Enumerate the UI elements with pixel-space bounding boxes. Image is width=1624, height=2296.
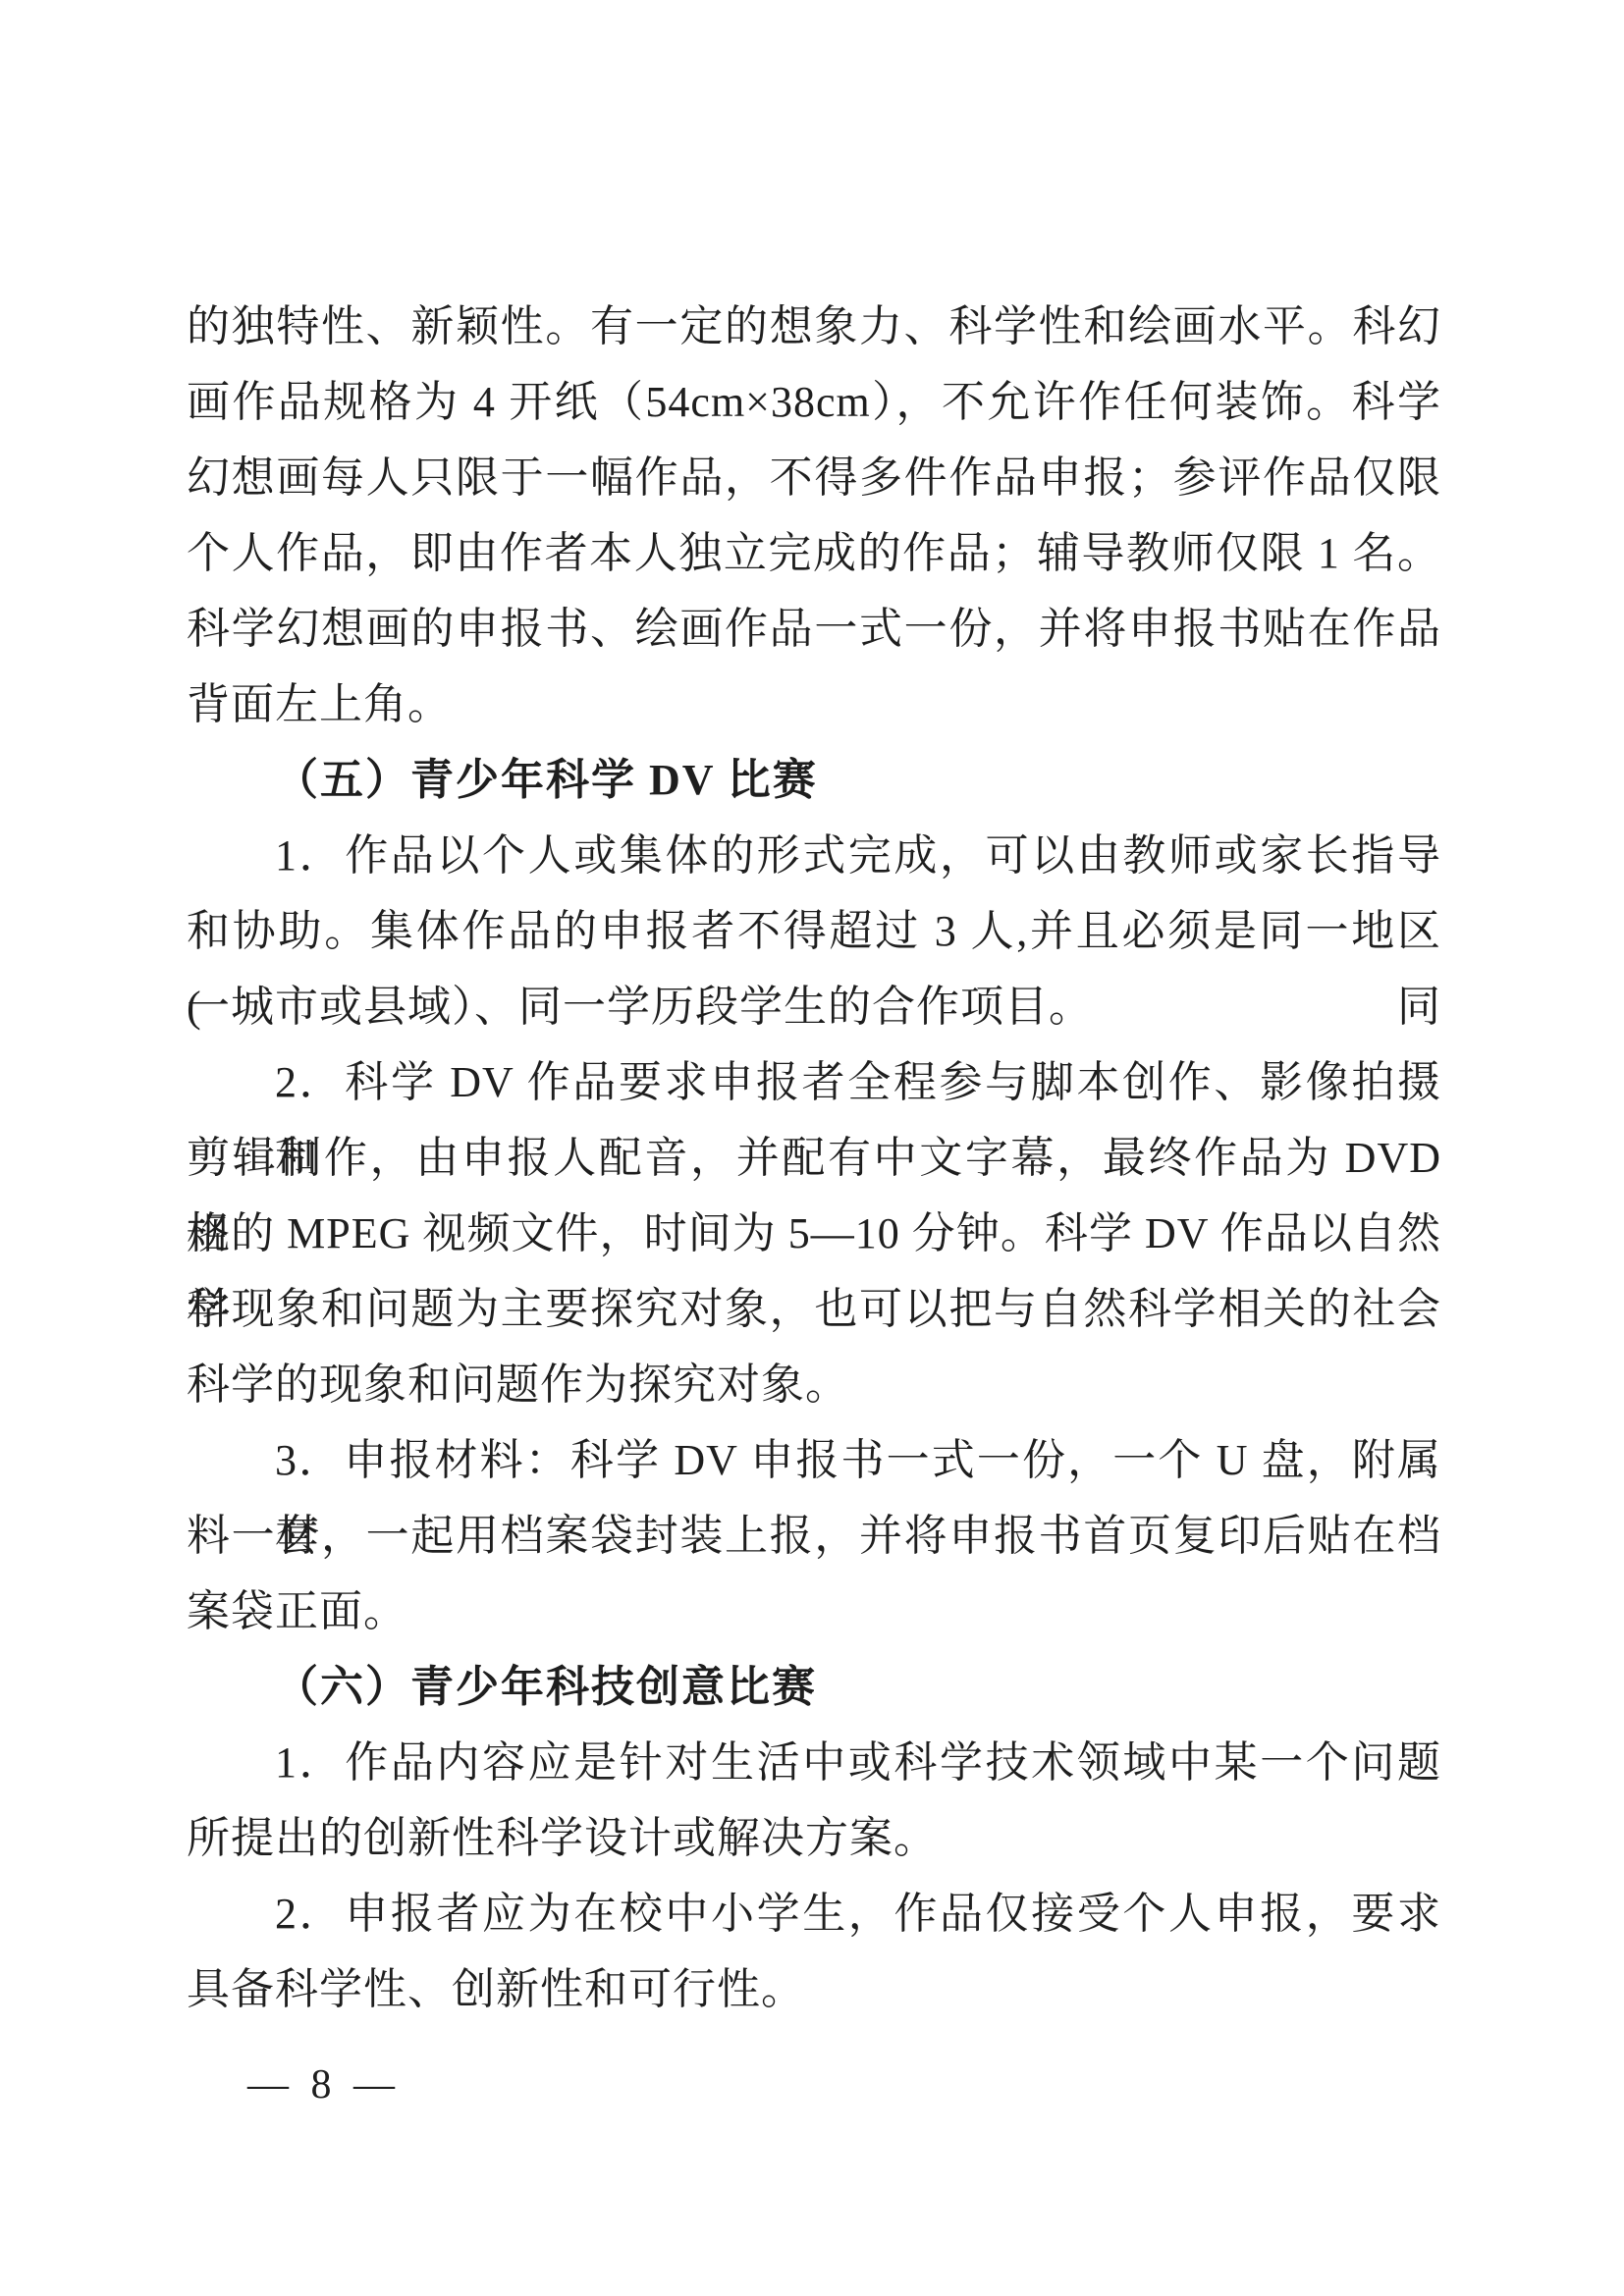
text-line: 背面左上角。 [187, 667, 1441, 742]
text-line: 科学幻想画的申报书、绘画作品一式一份，并将申报书贴在作品 [187, 591, 1441, 667]
page-number: — 8 — [247, 2048, 401, 2123]
text-line: 个人作品，即由作者本人独立完成的作品；辅导教师仅限 1 名。 [187, 515, 1441, 591]
text-line: 科学的现象和问题作为探究对象。 [187, 1347, 1441, 1422]
text-line: 的独特性、新颖性。有一定的想象力、科学性和绘画水平。科幻 [187, 289, 1441, 364]
text-line: 格的 MPEG 视频文件，时间为 5—10 分钟。科学 DV 作品以自然科 [187, 1196, 1441, 1271]
section-heading: （五）青少年科学 DV 比赛 [187, 742, 1441, 818]
text-line: 和协助。集体作品的申报者不得超过 3 人,并且必须是同一地区(同 [187, 893, 1441, 969]
text-line: 剪辑制作，由申报人配音，并配有中文字幕，最终作品为 DVD 规 [187, 1120, 1441, 1196]
text-line: 所提出的创新性科学设计或解决方案。 [187, 1800, 1441, 1876]
text-line: 幻想画每人只限于一幅作品，不得多件作品申报；参评作品仅限 [187, 440, 1441, 515]
text-line: 案袋正面。 [187, 1574, 1441, 1649]
text-line: 2．科学 DV 作品要求申报者全程参与脚本创作、影像拍摄和 [187, 1044, 1441, 1120]
text-line: 1．作品内容应是针对生活中或科学技术领域中某一个问题 [187, 1725, 1441, 1800]
document-body: 的独特性、新颖性。有一定的想象力、科学性和绘画水平。科幻 画作品规格为 4 开纸… [187, 289, 1441, 2027]
text-line: 料一套，一起用档案袋封装上报，并将申报书首页复印后贴在档 [187, 1498, 1441, 1574]
text-line: 画作品规格为 4 开纸（54cm×38cm），不允许作任何装饰。科学 [187, 364, 1441, 440]
text-line: 3．申报材料：科学 DV 申报书一式一份，一个 U 盘，附属材 [187, 1422, 1441, 1498]
text-line: 2．申报者应为在校中小学生，作品仅接受个人申报，要求 [187, 1876, 1441, 1951]
text-line: 具备科学性、创新性和可行性。 [187, 1951, 1441, 2027]
text-line: 1．作品以个人或集体的形式完成，可以由教师或家长指导 [187, 818, 1441, 893]
text-line: 学现象和问题为主要探究对象，也可以把与自然科学相关的社会 [187, 1271, 1441, 1347]
section-heading: （六）青少年科技创意比赛 [187, 1649, 1441, 1725]
document-page: 的独特性、新颖性。有一定的想象力、科学性和绘画水平。科幻 画作品规格为 4 开纸… [0, 0, 1624, 2296]
